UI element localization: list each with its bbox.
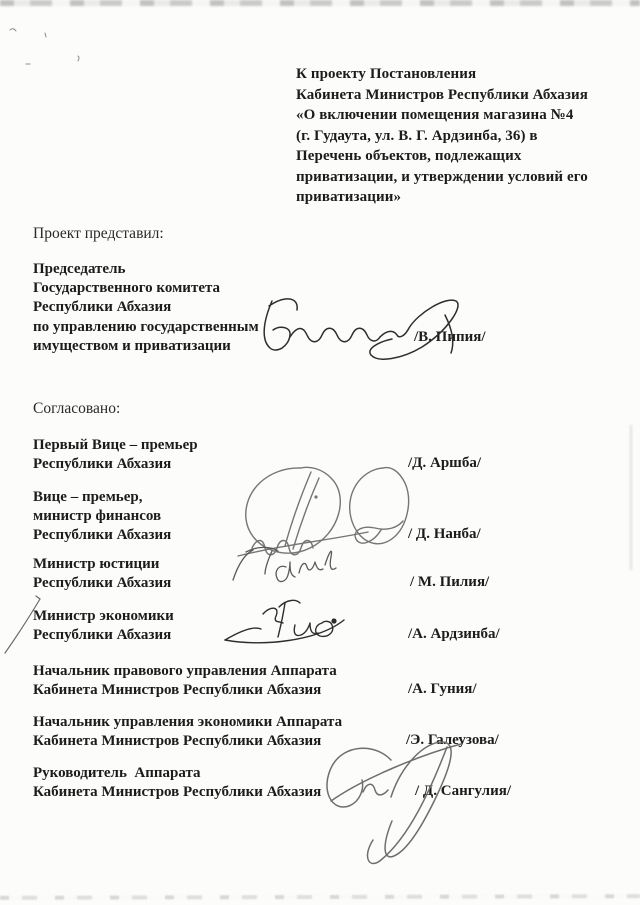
signatory-title: Министр юстиции Республики Абхазия bbox=[33, 555, 413, 593]
scan-artifact-right-edge bbox=[630, 425, 632, 570]
scan-artifact-bottom-edge bbox=[0, 894, 640, 900]
signatory-title-line: Первый Вице – премьер bbox=[33, 436, 413, 455]
header-line: (г. Гудаута, ул. В. Г. Ардзинба, 36) в bbox=[296, 126, 636, 147]
signatory-name: /А. Ардзинба/ bbox=[408, 626, 500, 643]
submitter-title-line: Республики Абхазия bbox=[33, 298, 333, 317]
signatory-title-line: Республики Абхазия bbox=[33, 626, 413, 645]
header-line: приватизации, и утверждении условий его bbox=[296, 167, 636, 188]
signature-sangulia bbox=[327, 742, 461, 863]
submitter-title-line: Государственного комитета bbox=[33, 279, 333, 298]
signatory-title-line: Республики Абхазия bbox=[33, 455, 413, 474]
header-line: Перечень объектов, подлежащих bbox=[296, 146, 636, 167]
agreed-label: Согласовано: bbox=[33, 400, 120, 418]
header-line: «О включении помещения магазина №4 bbox=[296, 105, 636, 126]
signatory-name: /Э. Галеузова/ bbox=[406, 732, 499, 749]
signatory-title-line: Руководитель Аппарата bbox=[33, 764, 413, 783]
signatory-title-line: Начальник правового управления Аппарата bbox=[33, 662, 413, 681]
signatory-name: / М. Пилия/ bbox=[410, 574, 489, 591]
signatory-title: Начальник правового управления Аппарата … bbox=[33, 662, 413, 700]
signatory-name: / Д. Нанба/ bbox=[408, 526, 481, 543]
submitter-title-line: имуществом и приватизации bbox=[33, 337, 333, 356]
submitter-title-line: Председатель bbox=[33, 260, 333, 279]
submitter-name: /В. Пипия/ bbox=[414, 329, 486, 346]
signatory-title-line: министр финансов bbox=[33, 507, 413, 526]
signatory-title: Министр экономики Республики Абхазия bbox=[33, 607, 413, 645]
signatory-title-line: Вице – премьер, bbox=[33, 488, 413, 507]
submitter-title-line: по управлению государственным bbox=[33, 318, 333, 337]
header-line: К проекту Постановления bbox=[296, 64, 636, 85]
header-line: приватизации» bbox=[296, 187, 636, 208]
signatory-title-line: Кабинета Министров Республики Абхазия bbox=[33, 681, 413, 700]
document-page: К проекту Постановления Кабинета Министр… bbox=[0, 0, 640, 905]
signatory-title-line: Министр экономики bbox=[33, 607, 413, 626]
signatory-title-line: Начальник управления экономики Аппарата bbox=[33, 713, 413, 732]
signatory-name: /Д. Аршба/ bbox=[408, 455, 481, 472]
signatory-name: /А. Гуния/ bbox=[408, 681, 477, 698]
signatory-title-line: Министр юстиции bbox=[33, 555, 413, 574]
signatory-title-line: Республики Абхазия bbox=[33, 574, 413, 593]
submitter-title-block: Председатель Государственного комитета Р… bbox=[33, 260, 333, 356]
signatory-title: Руководитель Аппарата Кабинета Министров… bbox=[33, 764, 413, 802]
signatory-title-line: Кабинета Министров Республики Абхазия bbox=[33, 783, 413, 802]
signatory-title: Начальник управления экономики Аппарата … bbox=[33, 713, 413, 751]
submitted-label: Проект представил: bbox=[33, 225, 164, 243]
scan-artifact-top-edge bbox=[0, 0, 640, 6]
signatory-name: / Д. Сангулия/ bbox=[415, 783, 511, 800]
signatory-title: Вице – премьер, министр финансов Республ… bbox=[33, 488, 413, 546]
scan-specks bbox=[10, 29, 79, 64]
signatory-title: Первый Вице – премьер Республики Абхазия bbox=[33, 436, 413, 474]
header-block: К проекту Постановления Кабинета Министр… bbox=[296, 64, 636, 208]
signatory-title-line: Республики Абхазия bbox=[33, 526, 413, 545]
header-line: Кабинета Министров Республики Абхазия bbox=[296, 85, 636, 106]
signatory-title-line: Кабинета Министров Республики Абхазия bbox=[33, 732, 413, 751]
